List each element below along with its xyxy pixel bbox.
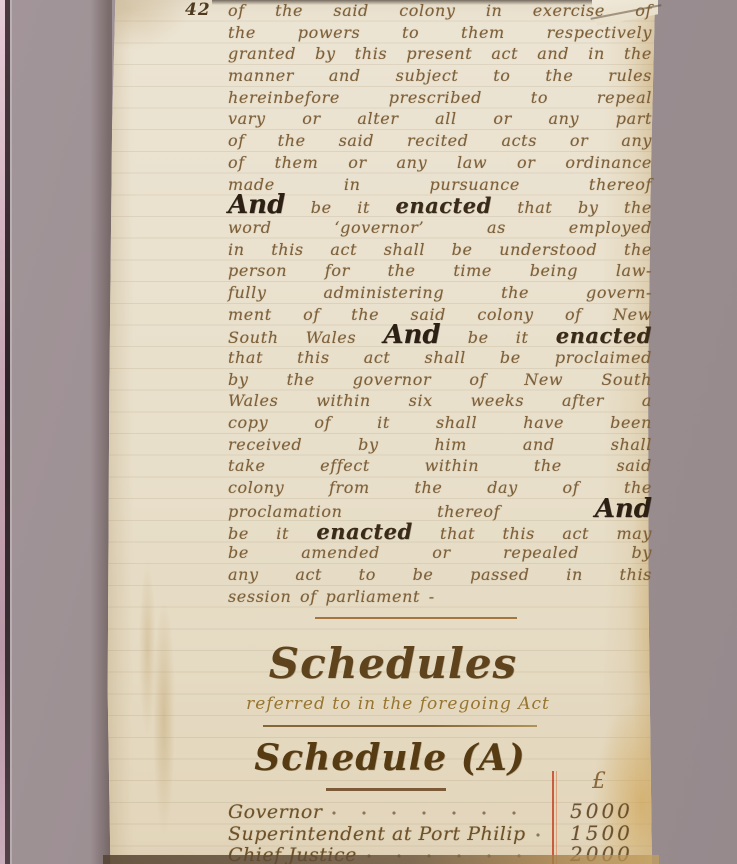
manuscript-line: the powers to them respectively bbox=[228, 22, 652, 44]
manuscript-text: of the said colony in exercise of bbox=[228, 1, 652, 20]
manuscript-line: by the governor of New South bbox=[228, 369, 652, 391]
manuscript-line: And be it enacted that by the bbox=[228, 195, 652, 217]
emphasized-word: enacted bbox=[556, 323, 652, 348]
manuscript-line: that this act shall be proclaimed bbox=[228, 347, 652, 369]
blackletter-word: And bbox=[383, 320, 440, 350]
manuscript-text: that by the bbox=[492, 198, 652, 217]
row-amount: 5000 bbox=[556, 799, 642, 823]
manuscript-line: of the said colony in exercise of bbox=[228, 0, 652, 22]
emphasized-word: enacted bbox=[316, 519, 412, 544]
manuscript-text: colony from the day of the bbox=[228, 478, 652, 497]
manuscript-line: hereinbefore prescribed to repeal bbox=[228, 87, 652, 109]
manuscript-line: be it enacted that this act may bbox=[228, 521, 652, 543]
manuscript-lines: of the said colony in exercise ofthe pow… bbox=[228, 0, 652, 607]
emphasized-word: enacted bbox=[396, 193, 492, 218]
manuscript-line: take effect within the said bbox=[228, 455, 652, 477]
row-amount: 1500 bbox=[556, 821, 642, 845]
manuscript-text: be it bbox=[228, 524, 316, 543]
schedules-underline-rule bbox=[263, 725, 537, 727]
table-row: Superintendent at Port Philip1500 bbox=[228, 821, 642, 843]
manuscript-line: proclamation thereof And bbox=[228, 499, 652, 521]
blackletter-word: And bbox=[595, 494, 652, 524]
schedules-heading: Schedules bbox=[226, 638, 560, 690]
section-divider-rule bbox=[315, 617, 517, 619]
manuscript-line: Wales within six weeks after a bbox=[228, 390, 652, 412]
manuscript-line: South Wales And be it enacted bbox=[228, 325, 652, 347]
manuscript-text: be amended or repealed by bbox=[228, 543, 652, 562]
manuscript-line: of the said recited acts or any bbox=[228, 130, 652, 152]
manuscript-line: person for the time being law- bbox=[228, 260, 652, 282]
manuscript-line: granted by this present act and in the bbox=[228, 43, 652, 65]
manuscript-text: take effect within the said bbox=[228, 456, 652, 475]
table-row: Governor5000 bbox=[228, 799, 642, 821]
manuscript-line: in this act shall be understood the bbox=[228, 239, 652, 261]
row-label: Governor bbox=[228, 801, 322, 823]
schedule-a-heading: Schedule (A) bbox=[238, 735, 542, 781]
manuscript-text: copy of it shall have been bbox=[228, 413, 652, 432]
manuscript-line: made in pursuance thereof bbox=[228, 174, 652, 196]
manuscript-text: of the said recited acts or any bbox=[228, 131, 652, 150]
manuscript-line: manner and subject to the rules bbox=[228, 65, 652, 87]
manuscript-text: hereinbefore prescribed to repeal bbox=[228, 88, 652, 107]
manuscript-text: person for the time being law- bbox=[228, 261, 652, 280]
manuscript-text: by the governor of New South bbox=[228, 370, 652, 389]
manuscript-line: any act to be passed in this bbox=[228, 564, 652, 586]
page-number: 42 bbox=[185, 0, 211, 20]
manuscript-line: colony from the day of the bbox=[228, 477, 652, 499]
schedules-subheading: referred to in the foregoing Act bbox=[226, 694, 570, 714]
manuscript-text: be it bbox=[285, 198, 395, 217]
manuscript-text: vary or alter all or any part bbox=[228, 109, 652, 128]
blackletter-word: And bbox=[228, 190, 285, 220]
manuscript-text: South Wales bbox=[228, 328, 383, 347]
manuscript-text: fully administering the govern- bbox=[228, 283, 652, 302]
manuscript-text: be it bbox=[441, 328, 556, 347]
manuscript-text: that this act may bbox=[413, 524, 652, 543]
manuscript-line: copy of it shall have been bbox=[228, 412, 652, 434]
manuscript-text: Wales within six weeks after a bbox=[228, 391, 652, 410]
manuscript-line: of them or any law or ordinance bbox=[228, 152, 652, 174]
manuscript-line: received by him and shall bbox=[228, 434, 652, 456]
binding-highlight-strip bbox=[10, 0, 12, 864]
manuscript-text: manner and subject to the rules bbox=[228, 66, 652, 85]
currency-symbol: £ bbox=[556, 769, 642, 794]
manuscript-line: session of parliament - bbox=[228, 586, 652, 608]
manuscript-line: vary or alter all or any part bbox=[228, 108, 652, 130]
manuscript-text: the powers to them respectively bbox=[228, 23, 652, 42]
manuscript-text: made in pursuance thereof bbox=[228, 175, 652, 194]
manuscript-text: word ‘governor’ as employed bbox=[228, 218, 652, 237]
leader-dots bbox=[536, 831, 540, 838]
manuscript-text: session of parliament - bbox=[228, 587, 435, 606]
page-bottom-shadow bbox=[103, 855, 659, 864]
manuscript-photograph: 42 of the said colony in exercise ofthe … bbox=[0, 0, 737, 864]
leader-dots bbox=[332, 809, 540, 816]
manuscript-line: fully administering the govern- bbox=[228, 282, 652, 304]
manuscript-text: of them or any law or ordinance bbox=[228, 153, 652, 172]
manuscript-line: word ‘governor’ as employed bbox=[228, 217, 652, 239]
manuscript-text: granted by this present act and in the bbox=[228, 44, 652, 63]
manuscript-text: in this act shall be understood the bbox=[228, 240, 652, 259]
manuscript-text: that this act shall be proclaimed bbox=[228, 348, 652, 367]
manuscript-line: be amended or repealed by bbox=[228, 542, 652, 564]
manuscript-text: received by him and shall bbox=[228, 435, 652, 454]
schedule-a-underline bbox=[326, 788, 446, 791]
manuscript-text: any act to be passed in this bbox=[228, 565, 652, 584]
row-label: Superintendent at Port Philip bbox=[228, 823, 526, 845]
